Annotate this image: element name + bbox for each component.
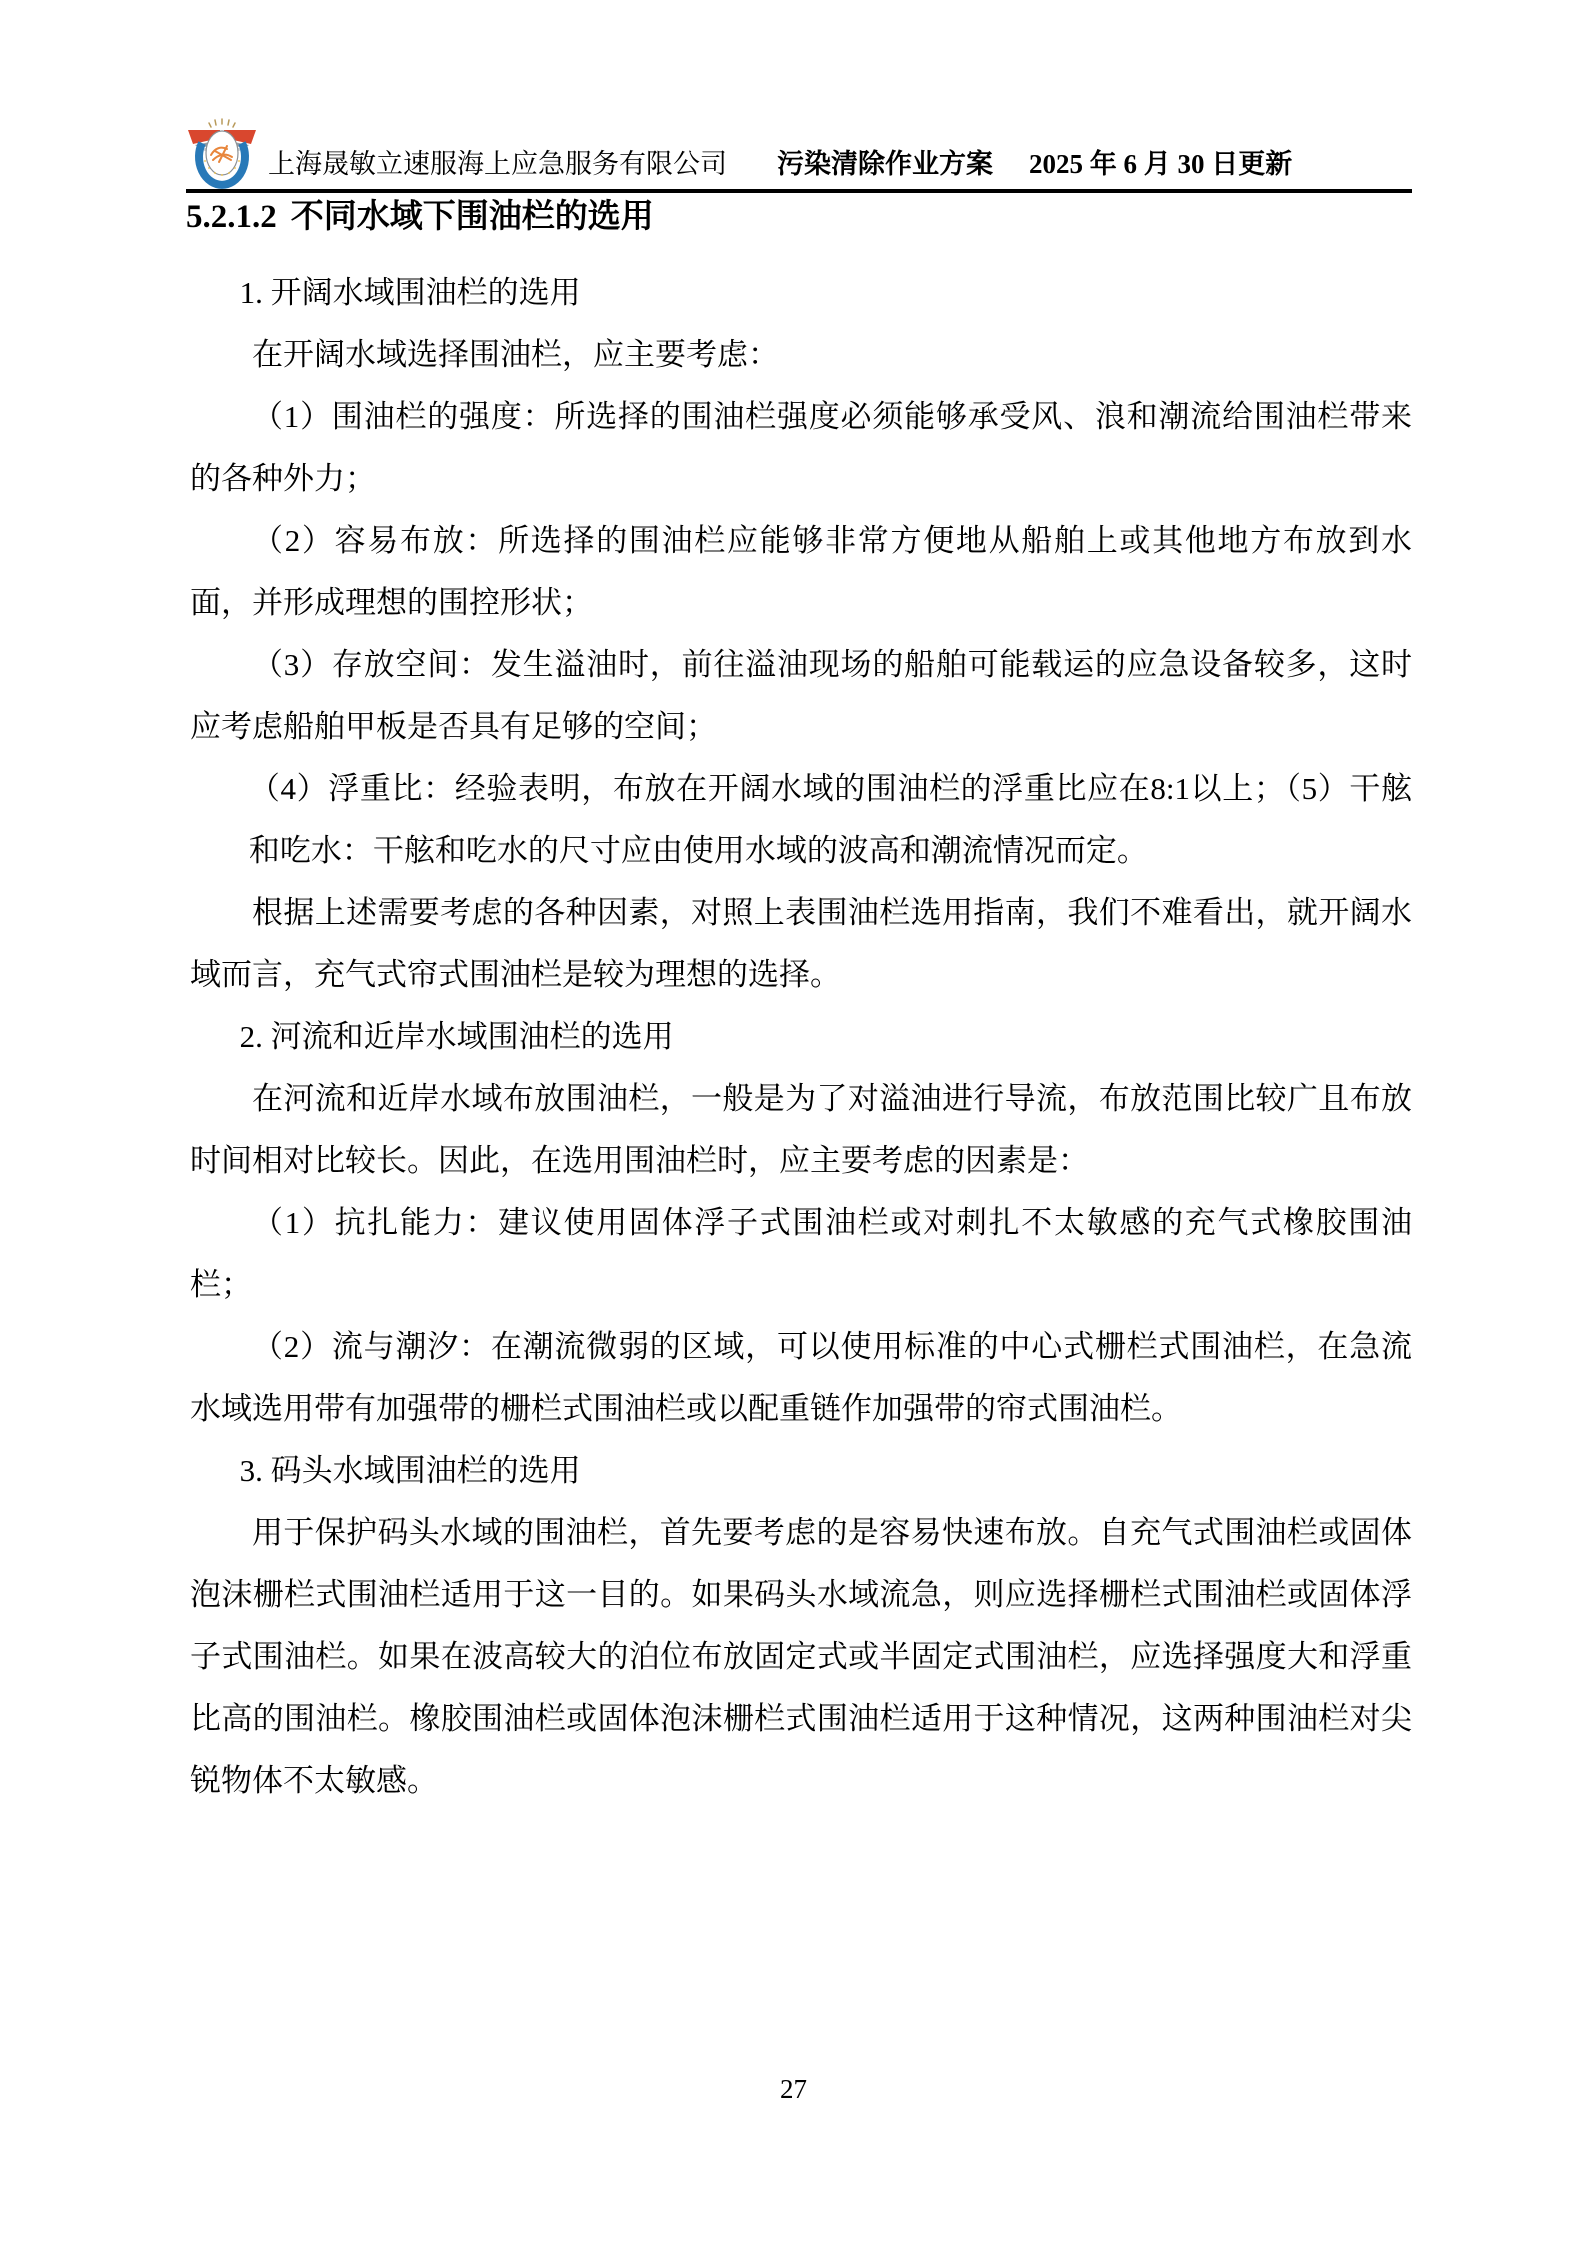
page-footer: 27 xyxy=(0,2074,1587,2105)
company-name: 上海晟敏立速服海上应急服务有限公司 xyxy=(268,149,727,179)
paragraph: 在河流和近岸水域布放围油栏，一般是为了对溢油进行导流，布放范围比较广且布放时间相… xyxy=(190,1068,1412,1192)
section-heading: 5.2.1.2不同水域下围油栏的选用 xyxy=(186,196,654,238)
document-title: 污染清除作业方案 xyxy=(777,149,993,179)
page-number: 27 xyxy=(780,2074,807,2104)
paragraph: 用于保护码头水域的围油栏，首先要考虑的是容易快速布放。自充气式围油栏或固体泡沫栅… xyxy=(190,1502,1412,1812)
page-header: 上海晟敏立速服海上应急服务有限公司污染清除作业方案2025 年 6 月 30 日… xyxy=(186,0,1412,193)
paragraph-item-3: （3）存放空间：发生溢油时，前往溢油现场的船舶可能载运的应急设备较多，这时应考虑… xyxy=(190,634,1412,758)
header-text: 上海晟敏立速服海上应急服务有限公司污染清除作业方案2025 年 6 月 30 日… xyxy=(268,147,1292,181)
document-body: 1. 开阔水域围油栏的选用 在开阔水域选择围油栏，应主要考虑： （1）围油栏的强… xyxy=(190,262,1412,1812)
section-number: 5.2.1.2 xyxy=(186,199,277,235)
list-heading-open-water: 1. 开阔水域围油栏的选用 xyxy=(190,262,1412,324)
paragraph-item-1: （1）抗扎能力：建议使用固体浮子式围油栏或对刺扎不太敏感的充气式橡胶围油栏； xyxy=(190,1192,1412,1316)
paragraph-item-4-5: （4）浮重比：经验表明，布放在开阔水域的围油栏的浮重比应在8:1以上；（5）干舷… xyxy=(190,758,1412,882)
paragraph-item-1: （1）围油栏的强度：所选择的围油栏强度必须能够承受风、浪和潮流给围油栏带来的各种… xyxy=(190,386,1412,510)
paragraph: 在开阔水域选择围油栏，应主要考虑： xyxy=(190,324,1412,386)
paragraph-conclusion: 根据上述需要考虑的各种因素，对照上表围油栏选用指南，我们不难看出，就开阔水域而言… xyxy=(190,882,1412,1006)
paragraph-item-2: （2）流与潮汐：在潮流微弱的区域，可以使用标准的中心式栅栏式围油栏，在急流水域选… xyxy=(190,1316,1412,1440)
document-page: 上海晟敏立速服海上应急服务有限公司污染清除作业方案2025 年 6 月 30 日… xyxy=(0,0,1587,2245)
section-title: 不同水域下围油栏的选用 xyxy=(291,199,654,235)
update-date: 2025 年 6 月 30 日更新 xyxy=(1029,149,1292,179)
company-logo-icon xyxy=(186,117,258,189)
list-heading-river-coastal: 2. 河流和近岸水域围油栏的选用 xyxy=(190,1006,1412,1068)
list-heading-dock-water: 3. 码头水域围油栏的选用 xyxy=(190,1440,1412,1502)
paragraph-item-2: （2）容易布放：所选择的围油栏应能够非常方便地从船舶上或其他地方布放到水面，并形… xyxy=(190,510,1412,634)
